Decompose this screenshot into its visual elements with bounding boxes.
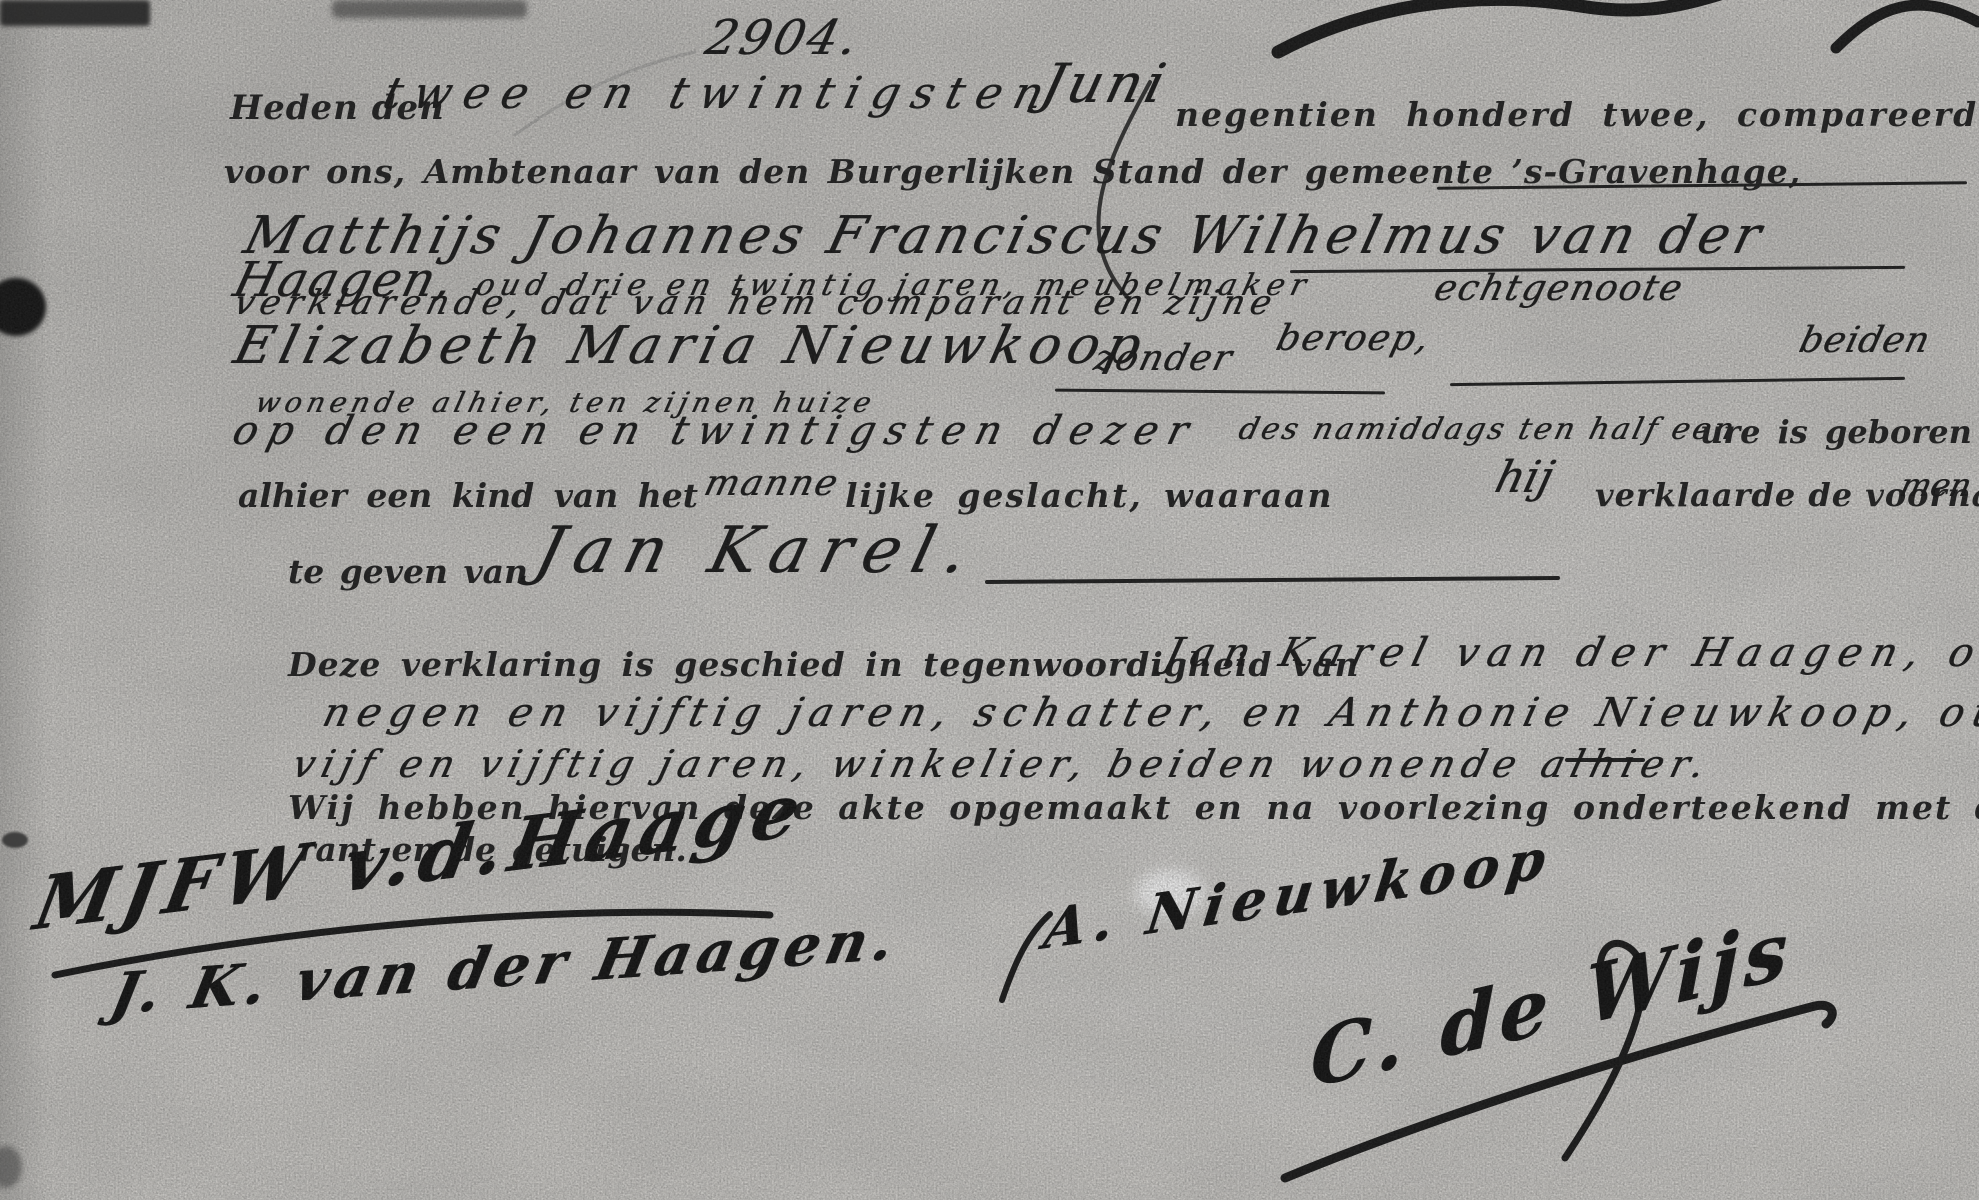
word-zonder: zonder [1090,338,1238,379]
declarant-name-line1: Matthijs Johannes Franciscus Wilhelmus v… [238,206,1772,266]
witness2-details: vijf en vijftig jaren, winkelier, beiden… [288,742,1716,786]
birth-certificate-scan: 2904. Heden den twee en twintigsten Juni… [0,0,1979,1200]
printed-year-compareerde: negentien honderd twee, compareerde [1175,95,1979,134]
child-given-names: Jan Karel. [528,514,987,588]
handwritten-gender: manne [700,463,844,504]
signature-registrar: C. de Wijs [1310,902,1793,1107]
printed-child-segment-a: alhier een kind van het [238,476,698,515]
word-beroep: beroep, [1272,318,1435,359]
mother-name: Elizabeth Maria Nieuwkoop [228,316,1154,376]
handwritten-men-suffix: men [1896,466,1975,504]
printed-official-line: voor ons, Ambtenaar van den Burgerlijken… [224,152,1801,191]
birth-date-line: op den een en twintigsten dezer [228,408,1203,454]
signature-witness2: A. Nieuwkoop [1040,825,1557,962]
signature-witness1: J. K. van der Haagen. [105,906,905,1028]
corner-flourish-stroke [1278,0,1720,52]
handwritten-month: Juni [1035,52,1175,115]
witness1-details: negen en vijftig jaren, schatter, en Ant… [318,690,1979,736]
ink-blot-left-edge [0,278,46,336]
scan-artifact-bottom-left [0,1146,22,1188]
printed-child-segment-b: lijke geslacht, waaraan [845,476,1334,515]
handwritten-birth-time: des namiddags ten half een [1235,412,1740,447]
handwritten-hij: hij [1490,452,1559,503]
filler-rule-4 [1450,377,1905,386]
corner-flourish-hook [1836,5,1978,48]
word-echtgenoote: echtgenoote [1430,268,1688,309]
ink-dot-left-edge [2,832,28,848]
printed-ure-is-geboren: ure is geboren [1700,413,1972,451]
scan-artifact-top [332,0,527,18]
witness1-name: Jan Karel van der Haagen, oud [1160,630,1979,676]
handwritten-day: twee en twintigsten [378,68,1061,119]
word-beiden: beiden [1795,320,1935,361]
akte-number: 2904. [700,10,866,66]
printed-te-geven-van: te geven van [288,552,528,591]
filler-rule-5 [985,576,1560,584]
filler-rule-3 [1055,389,1385,395]
scan-artifact-top-left [0,0,150,26]
